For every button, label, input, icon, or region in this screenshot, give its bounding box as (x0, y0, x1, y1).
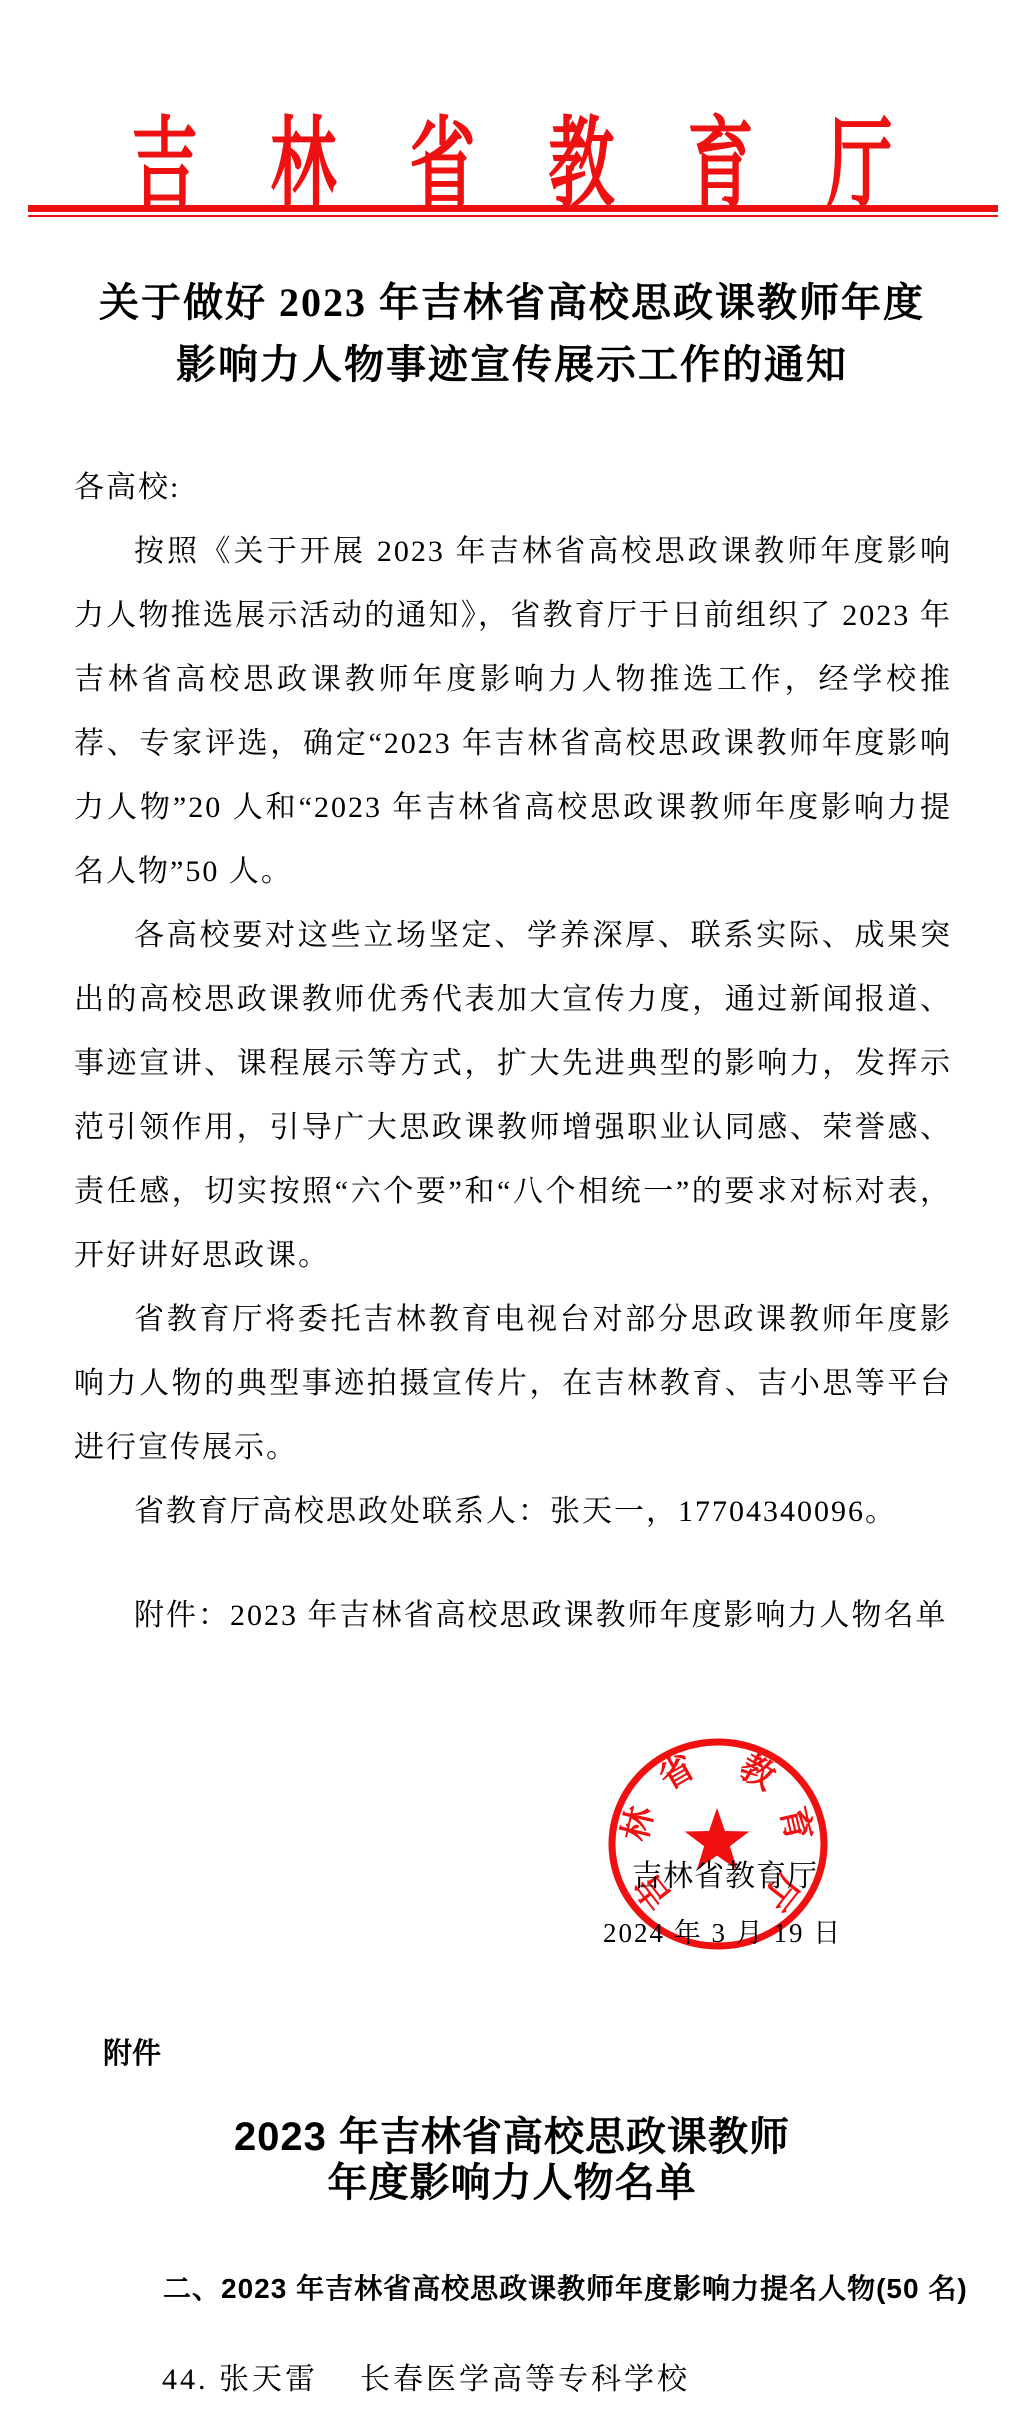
notice-title: 关于做好 2023 年吉林省高校思政课教师年度 影响力人物事迹宣传展示工作的通知 (0, 272, 1024, 396)
signature-issuer: 吉林省教育厅 (632, 1851, 818, 1895)
attachment-label: 附件 (103, 2031, 161, 2072)
body-paragraph-3: 省教育厅将委托吉林教育电视台对部分思政课教师年度影响力人物的典型事迹拍摄宣传片，… (74, 1288, 952, 1480)
signature-date: 2024 年 3 月 19 日 (603, 1911, 842, 1950)
letterhead-divider-rule (28, 205, 998, 217)
attachment-title-line1: 2023 年吉林省高校思政课教师 (0, 2114, 1024, 2160)
attachment-section-heading: 二、2023 年吉林省高校思政课教师年度影响力提名人物(50 名) (163, 2267, 968, 2307)
notice-title-line2: 影响力人物事迹宣传展示工作的通知 (0, 334, 1024, 396)
seal-ring-char-5: 育 (773, 1803, 819, 1845)
attachment-title: 2023 年吉林省高校思政课教师 年度影响力人物名单 (0, 2114, 1024, 2206)
body-paragraph-1: 按照《关于开展 2023 年吉林省高校思政课教师年度影响力人物推选展示活动的通知… (74, 520, 952, 904)
attachment-entry: 44. 张天雷长春医学高等专科学校 (162, 2354, 690, 2398)
attachment-note-line: 附件：2023 年吉林省高校思政课教师年度影响力人物名单 (74, 1584, 952, 1648)
body-paragraph-2: 各高校要对这些立场坚定、学养深厚、联系实际、成果突出的高校思政课教师优秀代表加大… (74, 904, 952, 1288)
salutation: 各高校: (74, 456, 952, 520)
body-paragraph-4: 省教育厅高校思政处联系人：张天一，17704340096。 (74, 1480, 952, 1544)
notice-title-line1: 关于做好 2023 年吉林省高校思政课教师年度 (0, 272, 1024, 334)
notice-body: 各高校: 按照《关于开展 2023 年吉林省高校思政课教师年度影响力人物推选展示… (74, 456, 952, 1648)
seal-ring-char-2: 林 (616, 1802, 661, 1845)
entry-name: 张天雷 (219, 2363, 318, 2396)
notice-document-page: 吉林省教育厅 关于做好 2023 年吉林省高校思政课教师年度 影响力人物事迹宣传… (0, 0, 1024, 2436)
attachment-title-line2: 年度影响力人物名单 (0, 2160, 1024, 2206)
entry-number: 44. (162, 2363, 209, 2396)
entry-school: 长春医学高等专科学校 (360, 2363, 690, 2396)
